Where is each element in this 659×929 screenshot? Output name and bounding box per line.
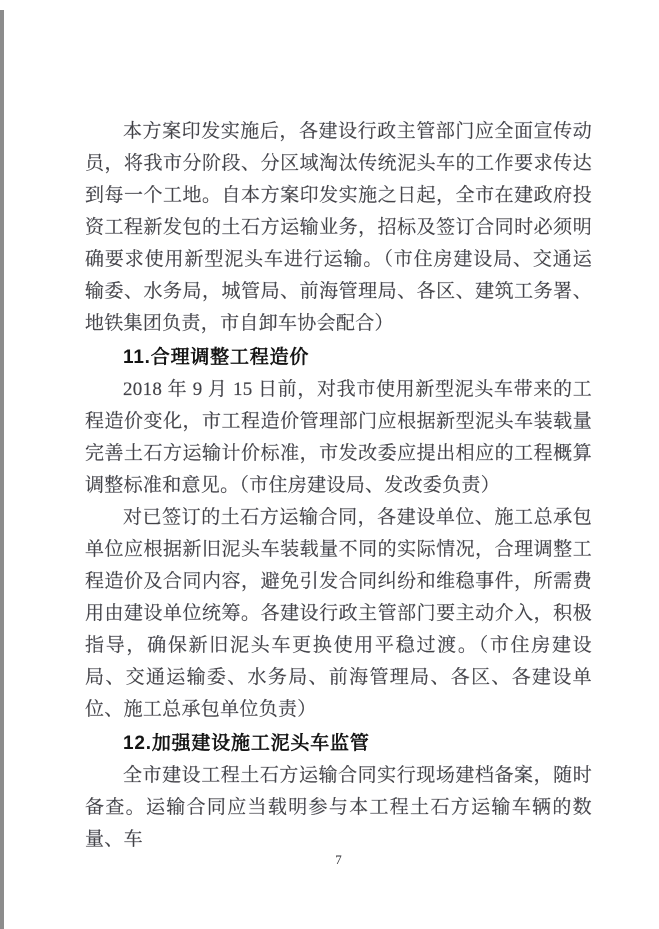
section-heading-12: 12.加强建设施工泥头车监管 <box>85 728 592 760</box>
section-11-paragraph-1: 2018 年 9 月 15 日前，对我市使用新型泥头车带来的工程造价变化，市工程… <box>85 374 592 502</box>
section-12-paragraph-1: 全市建设工程土石方运输合同实行现场建档备案，随时备查。运输合同应当载明参与本工程… <box>85 760 592 856</box>
section-11-paragraph-2: 对已签订的土石方运输合同，各建设单位、施工总承包单位应根据新旧泥头车装载量不同的… <box>85 502 592 726</box>
page-number: 7 <box>85 852 592 868</box>
document-content: 本方案印发实施后，各建设行政主管部门应全面宣传动员，将我市分阶段、分区域淘汰传统… <box>85 116 592 856</box>
scan-edge-shadow <box>0 10 4 929</box>
section-heading-11: 11.合理调整工程造价 <box>85 342 592 374</box>
document-page: 本方案印发实施后，各建设行政主管部门应全面宣传动员，将我市分阶段、分区域淘汰传统… <box>0 0 659 929</box>
intro-paragraph: 本方案印发实施后，各建设行政主管部门应全面宣传动员，将我市分阶段、分区域淘汰传统… <box>85 116 592 340</box>
